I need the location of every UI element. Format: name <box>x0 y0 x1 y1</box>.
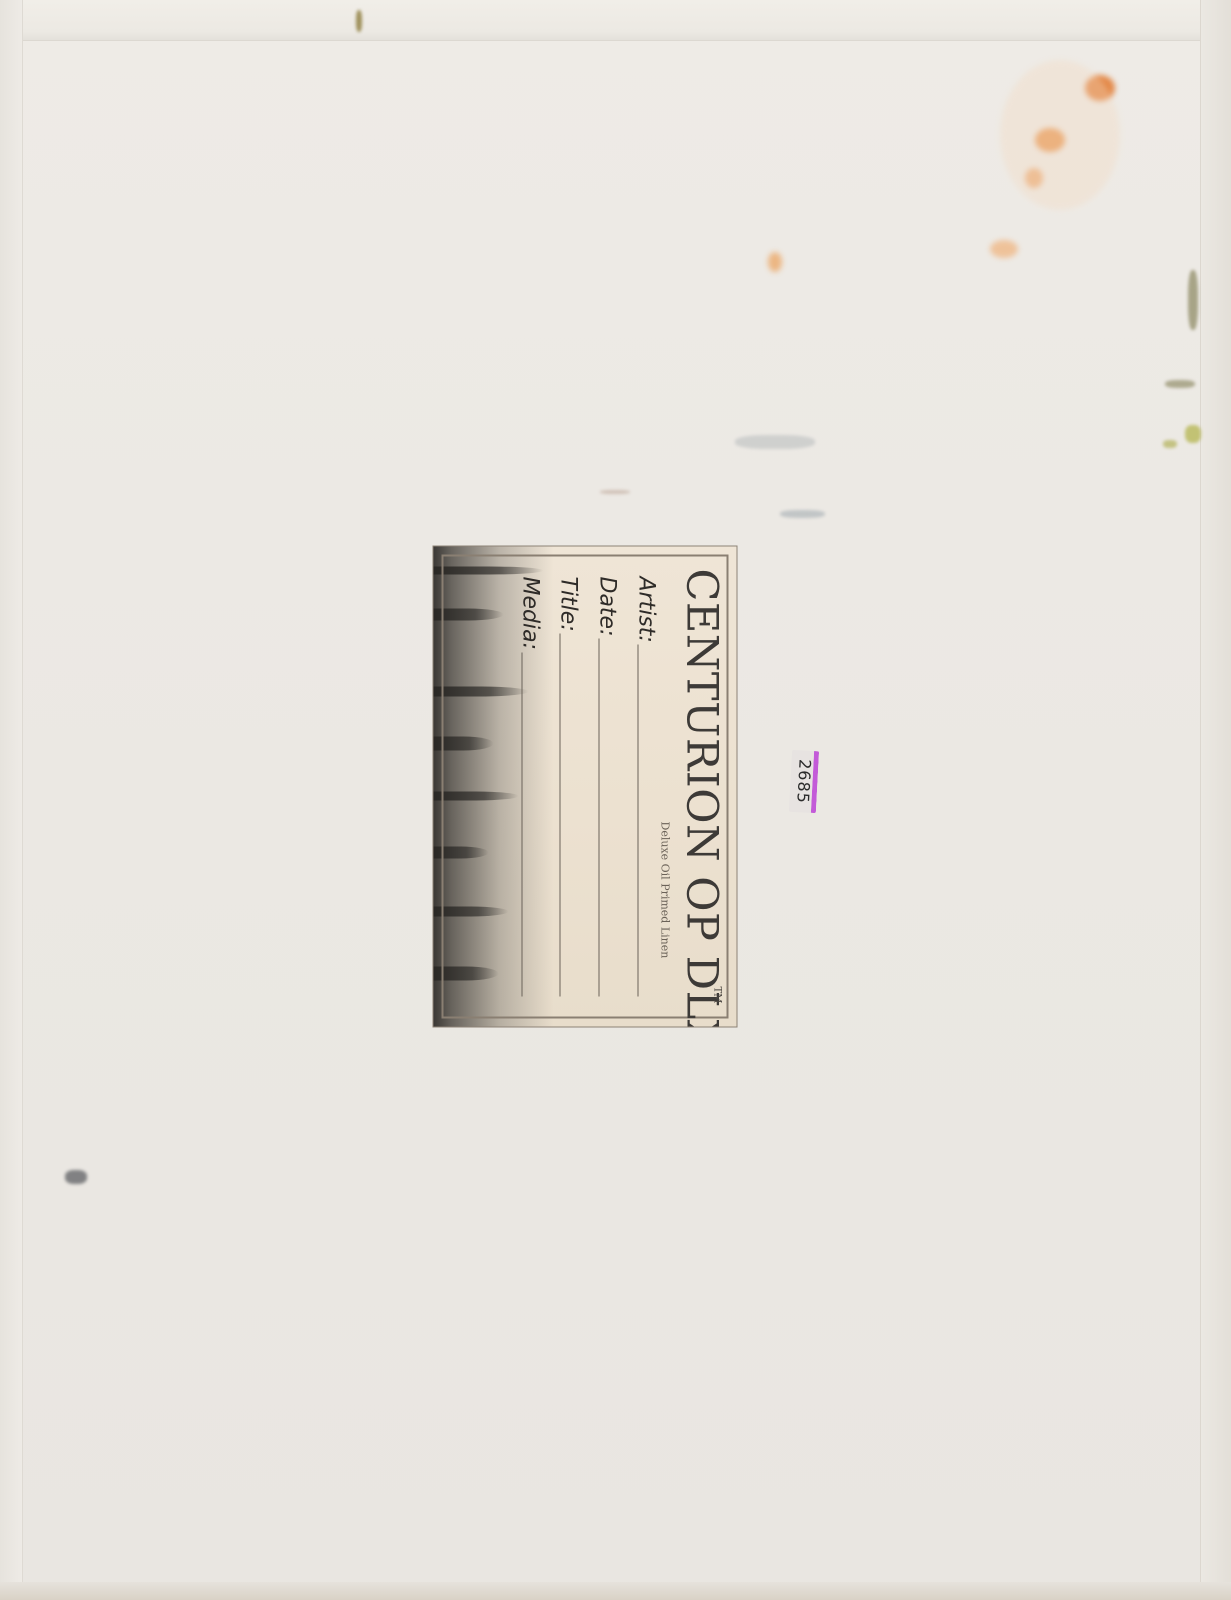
paint-stain <box>990 240 1018 258</box>
canvas-label: CENTURION OP DLX TM Deluxe Oil Primed Li… <box>433 547 736 1027</box>
trademark: TM <box>712 987 723 1004</box>
scuff-mark <box>780 510 825 518</box>
paint-residue <box>1163 440 1177 448</box>
label-card: CENTURION OP DLX TM Deluxe Oil Primed Li… <box>434 547 737 1027</box>
panel-left-edge <box>0 0 23 1600</box>
artist-label: Artist: <box>634 577 659 643</box>
paint-residue <box>1188 270 1198 330</box>
title-line <box>560 634 561 997</box>
panel-bottom-edge <box>0 1582 1231 1600</box>
scuff-mark <box>600 490 630 494</box>
product-subtitle: Deluxe Oil Primed Linen <box>659 822 672 959</box>
media-label: Media: <box>518 577 543 651</box>
canvas-back-panel: CENTURION OP DLX TM Deluxe Oil Primed Li… <box>0 0 1231 1600</box>
sticker-number: 2685 <box>789 750 819 813</box>
paint-residue <box>1165 380 1195 388</box>
date-line <box>599 639 600 997</box>
artist-field: Artist: <box>634 577 659 997</box>
media-line <box>522 652 523 997</box>
brand-name: CENTURION OP DLX <box>677 569 727 1027</box>
panel-right-edge <box>1200 0 1231 1600</box>
scuff-mark <box>735 435 815 449</box>
title-label: Title: <box>556 577 581 632</box>
date-field: Date: <box>595 577 620 997</box>
paint-residue <box>1185 425 1201 443</box>
artist-line <box>638 645 639 997</box>
paint-stain <box>768 252 782 272</box>
panel-top-edge <box>0 0 1231 41</box>
scuff-mark <box>65 1170 87 1184</box>
title-field: Title: <box>556 577 581 997</box>
paint-stain <box>1000 60 1120 210</box>
date-label: Date: <box>595 577 620 637</box>
scuff-mark <box>356 10 362 32</box>
inventory-sticker: 2685 <box>788 748 820 810</box>
media-field: Media: <box>518 577 543 997</box>
